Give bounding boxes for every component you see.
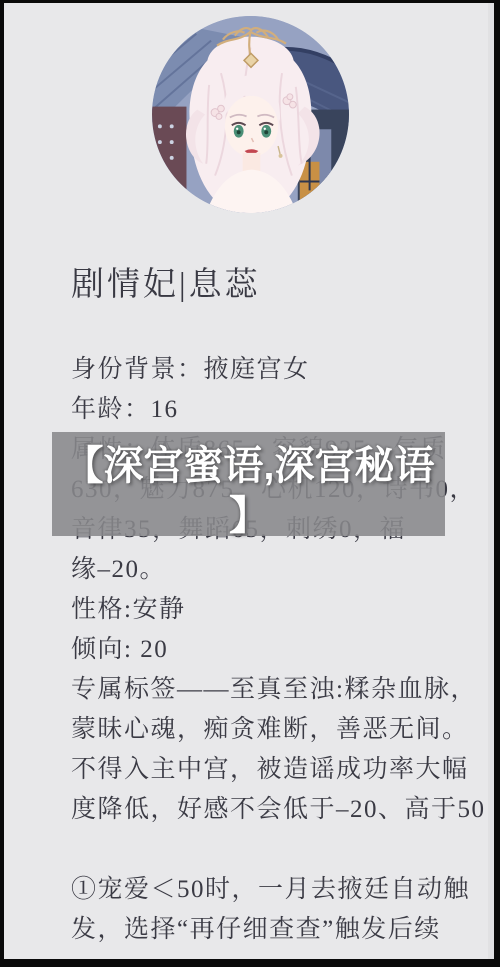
character-avatar — [152, 16, 349, 213]
watermark: 【深宫蜜语,深宫秘语 】 — [4, 441, 494, 541]
article-page: 剧情妃|息蕊 身份背景：掖庭宫女 年龄：16 属性：体质865，容貌925，气质… — [4, 3, 494, 959]
profile-line-event-2: 发，选择“再仔细查查”触发后续 — [71, 910, 456, 950]
watermark-line-2: 】 — [4, 491, 494, 541]
paragraph-gap — [71, 830, 456, 870]
character-title: 剧情妃|息蕊 — [71, 264, 261, 306]
profile-line-event-1: ①宠爱＜50时，一月去掖廷自动触 — [71, 870, 456, 910]
profile-line-age: 年龄：16 — [71, 390, 456, 430]
profile-line-tendency: 倾向: 20 — [71, 630, 456, 670]
watermark-line-1: 【深宫蜜语,深宫秘语 — [4, 441, 494, 491]
screenshot-frame: 剧情妃|息蕊 身份背景：掖庭宫女 年龄：16 属性：体质865，容貌925，气质… — [0, 0, 500, 967]
profile-line-rule-1: 不得入主中宫，被造谣成功率大幅 — [71, 750, 456, 790]
profile-line-personality: 性格:安静 — [71, 590, 456, 630]
profile-line-tag-1: 专属标签——至真至浊:糅杂血脉， — [71, 670, 456, 710]
profile-line-tag-2: 蒙昧心魂，痴贪难断，善恶无间。 — [71, 710, 456, 750]
profile-line-stats-4: 缘–20。 — [71, 550, 456, 590]
profile-line-identity: 身份背景：掖庭宫女 — [71, 350, 456, 390]
anime-portrait-image — [152, 16, 349, 213]
profile-line-rule-2: 度降低，好感不会低于–20、高于50 — [71, 790, 456, 830]
